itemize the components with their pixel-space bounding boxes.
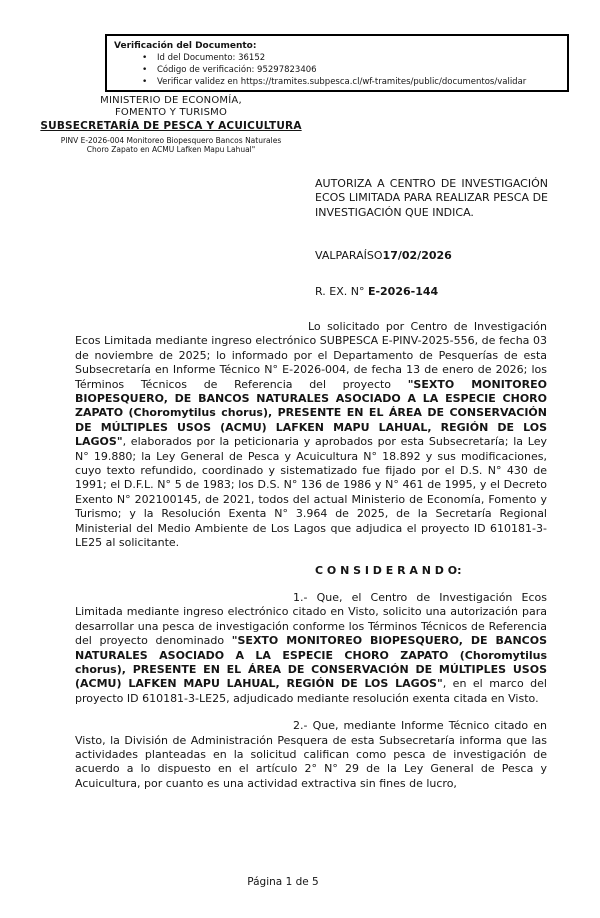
resolution-number-line: R. EX. N° E-2026-144 xyxy=(315,285,438,298)
page-number: Página 1 de 5 xyxy=(0,876,566,888)
ministry-line-1: MINISTERIO DE ECONOMÍA, xyxy=(40,95,302,107)
considerando-heading: C O N S I D E R A N D O: xyxy=(315,564,547,578)
verification-title: Verificación del Documento: xyxy=(114,40,563,52)
verification-item-text: Código de verificación: 95297823406 xyxy=(157,65,317,75)
ministry-line-2: FOMENTO Y TURISMO xyxy=(40,107,302,119)
project-reference-line-1: PINV E-2026-004 Monitoreo Biopesquero Ba… xyxy=(40,136,302,145)
verification-box: Verificación del Documento: •Id del Docu… xyxy=(105,34,569,92)
verification-item-url: •Verificar validez en https://tramites.s… xyxy=(114,76,563,88)
bullet-icon: • xyxy=(142,52,157,64)
resolution-number: E-2026-144 xyxy=(368,285,438,298)
verification-item-document-id: •Id del Documento: 36152 xyxy=(114,52,563,64)
resolution-prefix: R. EX. N° xyxy=(315,285,368,298)
project-reference-line-2: Choro Zapato en ACMU Lafken Mapu Lahual" xyxy=(40,145,302,154)
subject-title: AUTORIZA A CENTRO DE INVESTIGACIÓN ECOS … xyxy=(315,177,548,220)
subsecretaria-title: SUBSECRETARÍA DE PESCA Y ACUICULTURA xyxy=(40,120,302,133)
bullet-icon: • xyxy=(142,64,157,76)
verification-list: •Id del Documento: 36152 •Código de veri… xyxy=(114,52,563,88)
verification-item-code: •Código de verificación: 95297823406 xyxy=(114,64,563,76)
verification-item-text: Id del Documento: 36152 xyxy=(157,53,265,63)
document-page: Verificación del Documento: •Id del Docu… xyxy=(0,0,600,918)
place-date-line: VALPARAÍSO17/02/2026 xyxy=(315,249,452,262)
verification-item-text: Verificar validez en https://tramites.su… xyxy=(157,77,526,87)
vistos-paragraph: Lo solicitado por Centro de Investigació… xyxy=(75,320,547,551)
document-body: Lo solicitado por Centro de Investigació… xyxy=(75,320,547,791)
bullet-icon: • xyxy=(142,76,157,88)
letterhead: MINISTERIO DE ECONOMÍA, FOMENTO Y TURISM… xyxy=(40,95,302,154)
considerando-paragraph-2: 2.- Que, mediante Informe Técnico citado… xyxy=(75,719,547,791)
date-value: 17/02/2026 xyxy=(383,249,452,262)
place-label: VALPARAÍSO xyxy=(315,249,383,262)
considerando-paragraph-1: 1.- Que, el Centro de Investigación Ecos… xyxy=(75,591,547,706)
